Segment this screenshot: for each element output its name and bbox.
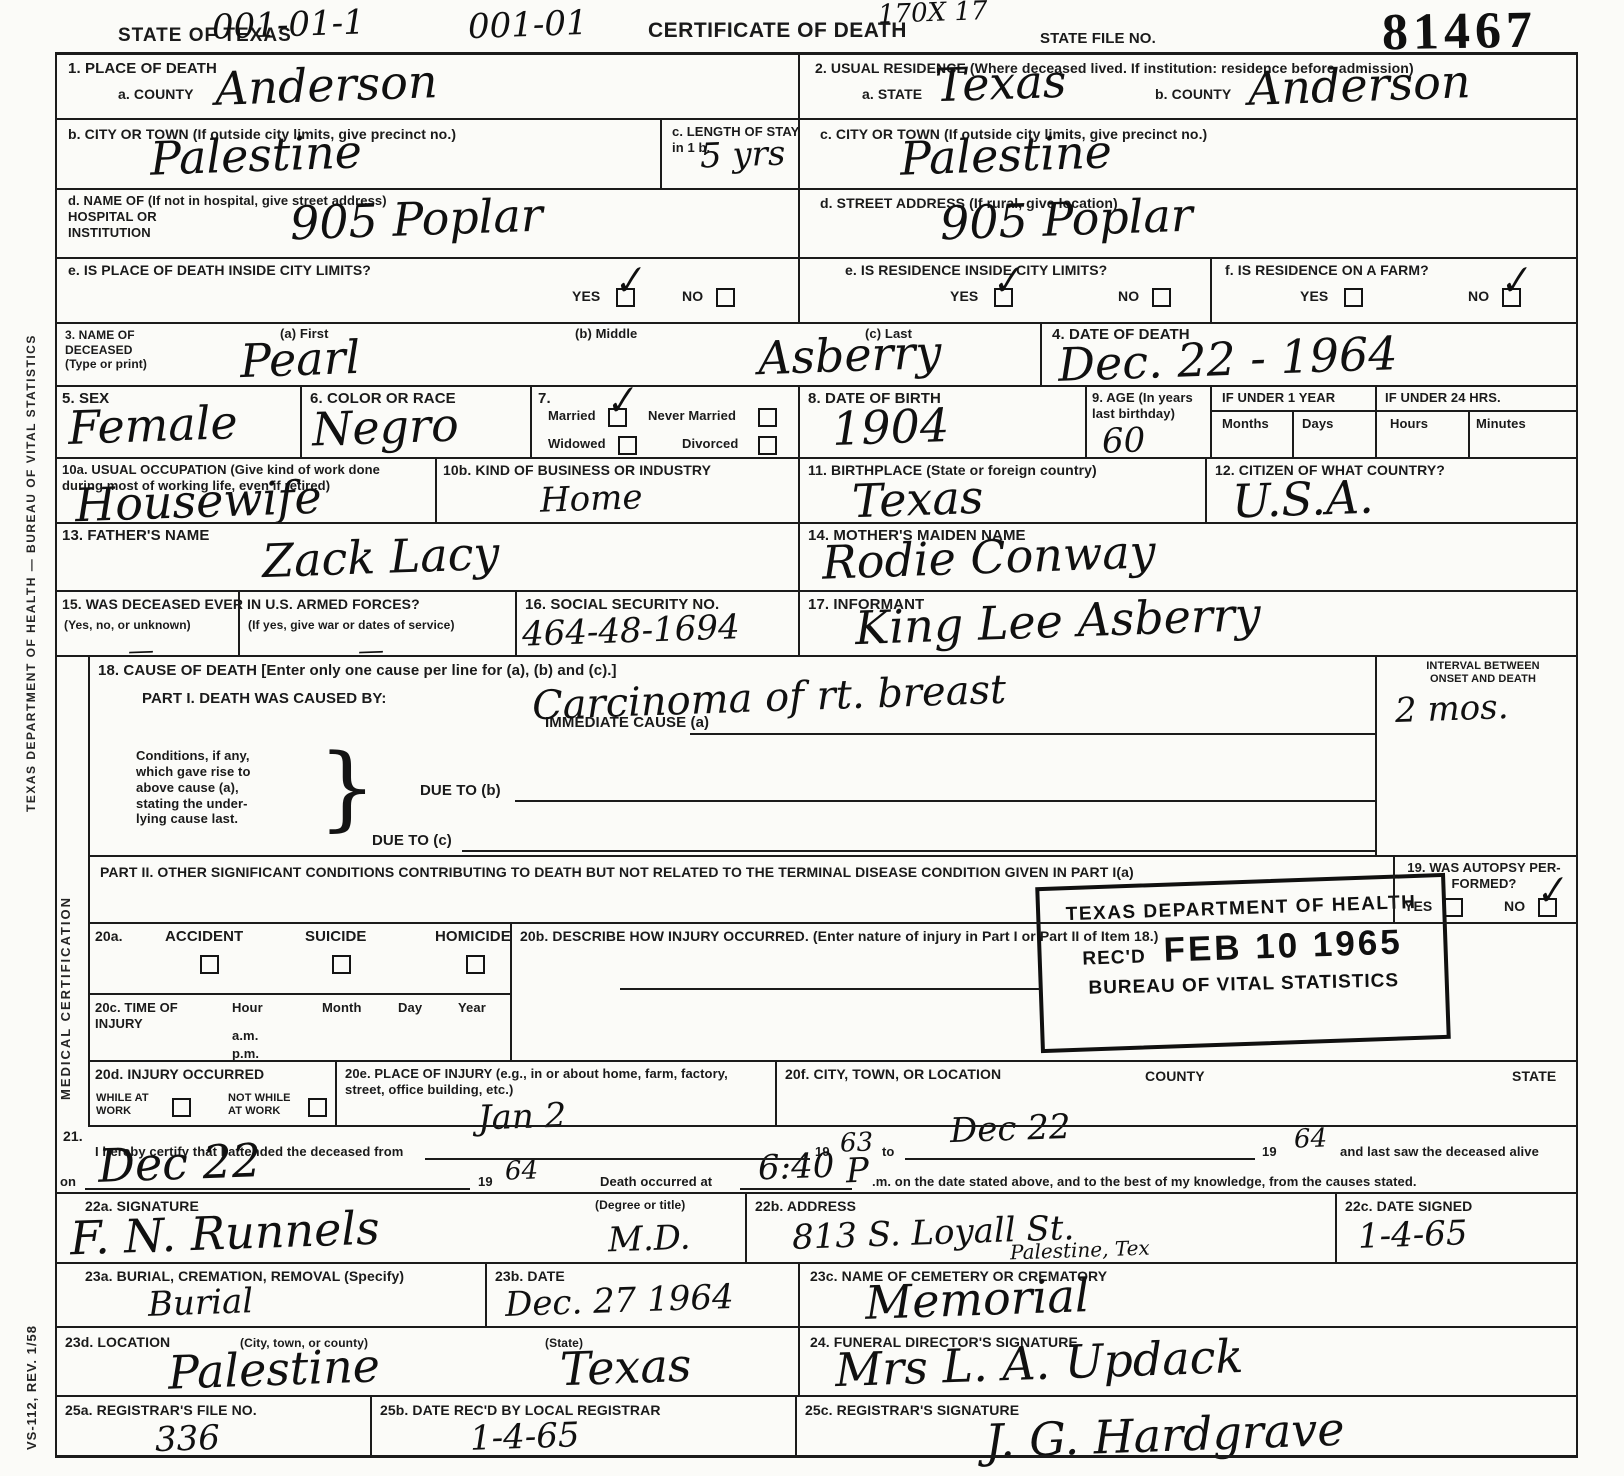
date-signed-label: 22c. DATE SIGNED [1345,1198,1472,1215]
date-of-birth-value: 1904 [831,402,950,452]
funeral-director-signature-value: Mrs L. A. Updack [834,1333,1244,1393]
industry-label: 10b. KIND OF BUSINESS OR INDUSTRY [443,462,711,479]
year-19-prefix-3: 19 [478,1174,493,1190]
death-city-limits-label: e. IS PLACE OF DEATH INSIDE CITY LIMITS? [68,262,371,279]
age-label: 9. AGE (In years last birthday) [1092,390,1193,422]
if-under-24-hrs-label: IF UNDER 24 HRS. [1385,390,1501,406]
grid-line [55,385,1578,387]
residence-city-value: Palestine [899,128,1112,181]
grid-line [745,1192,747,1262]
degree-value: M.D. [607,1221,691,1258]
to-label: to [882,1144,894,1160]
grid-line [435,457,437,522]
occupation-value: Housewife [74,474,322,529]
grid-line [55,590,1578,592]
grid-line [55,1455,1578,1458]
cemetery-value: Memorial [864,1272,1090,1326]
grid-line [55,522,1578,524]
grid-line [798,590,800,655]
due-to-c-label: DUE TO (c) [372,832,452,850]
grid-line [425,1158,810,1160]
grid-line [1468,410,1470,457]
grid-line [462,850,1375,852]
grid-line [1292,410,1294,457]
divorced-label: Divorced [682,436,738,452]
accident-checkbox [200,955,219,974]
hour-label: Hour [232,1000,263,1016]
residence-farm-label: f. IS RESIDENCE ON A FARM? [1225,262,1429,279]
date-of-death-value: Dec. 22 - 1964 [1057,330,1398,388]
part2-label: PART II. OTHER SIGNIFICANT CONDITIONS CO… [100,864,1134,881]
grid-line [88,1125,1578,1127]
grid-line [370,1395,372,1455]
grid-line [55,1192,1578,1194]
grid-line [1040,322,1042,385]
death-ampm-value: P [845,1154,869,1189]
grid-line [775,1060,777,1125]
cause-of-death-label: 18. CAUSE OF DEATH [Enter only one cause… [98,662,617,680]
grid-line [1375,385,1377,457]
grid-line [1210,257,1212,322]
attended-to-year-value: 64 [1294,1125,1328,1152]
degree-or-title-label: (Degree or title) [595,1198,685,1213]
street-address-value: 905 Poplar [939,192,1193,247]
grid-line [88,655,90,1125]
date-recd-value: 1-4-65 [469,1418,580,1456]
burial-state-value: Texas [559,1342,692,1393]
widowed-checkbox [618,436,637,455]
handwritten-file-note: 170X 17 [878,0,988,28]
part1-label: PART I. DEATH WAS CAUSED BY: [142,690,386,708]
residence-city-limits-yes-label: YES [950,288,978,305]
armed-forces-sub-a-label: (Yes, no, or unknown) [64,618,191,633]
length-of-stay-value: 5 yrs [699,137,785,174]
married-label: Married [548,408,596,424]
grid-line [1205,457,1207,522]
never-married-label: Never Married [648,408,736,424]
informant-value: King Lee Asberry [854,591,1261,651]
month-label: Month [322,1000,361,1016]
race-value: Negro [311,401,459,452]
item-20d-label: 20d. INJURY OCCURRED [95,1066,264,1083]
first-name-value: Pearl [239,334,361,384]
grid-line [1393,855,1395,922]
year-label: Year [458,1000,486,1016]
county-label: a. COUNTY [118,86,194,103]
grid-line [55,52,57,1458]
autopsy-yes-checkbox [1444,898,1463,917]
item-20f-label: 20f. CITY, TOWN, OR LOCATION [785,1066,1001,1083]
grid-line [88,922,1578,924]
attended-from-value: Jan 2 [477,1098,566,1135]
grid-line [1085,385,1087,457]
if-under-1-year-label: IF UNDER 1 YEAR [1222,390,1335,406]
state-file-no-label: STATE FILE NO. [1040,30,1156,48]
age-value: 60 [1101,423,1145,458]
divorced-checkbox [758,436,777,455]
address-label: 22b. ADDRESS [755,1198,856,1215]
item-20e-label: 20e. PLACE OF INJURY (e.g., in or about … [345,1066,728,1098]
fathers-name-label: 13. FATHER'S NAME [62,527,210,545]
grid-line [660,118,662,188]
stamp-line3: BUREAU OF VITAL STATISTICS [1043,969,1445,1001]
armed-forces-label: 15. WAS DECEASED EVER IN U.S. ARMED FORC… [62,596,420,613]
armed-forces-a-value: — [128,638,155,665]
physician-signature-value: F. N. Runnels [69,1205,380,1262]
grid-line [55,457,1578,459]
city-value: Palestine [149,128,362,181]
grid-line [55,1395,1578,1397]
county-value: Anderson [214,58,438,112]
on-label: on [60,1174,76,1190]
state-sub-label: STATE [1512,1068,1556,1085]
item-20c-label: 20c. TIME OF INJURY [95,1000,178,1032]
residence-city-limits-no-checkbox [1152,288,1171,307]
never-married-checkbox [758,408,777,427]
death-time-value: 6:40 [757,1149,834,1186]
while-at-work-checkbox [172,1098,191,1117]
certify-text-2: and last saw the deceased alive [1340,1144,1539,1160]
minutes-label: Minutes [1476,416,1526,432]
place-of-death-label: 1. PLACE OF DEATH [68,60,217,78]
farm-no-label: NO [1468,288,1489,305]
county-sub-label: COUNTY [1145,1068,1205,1085]
fathers-name-value: Zack Lacy [261,530,500,584]
armed-forces-b-value: — [358,638,385,665]
burial-city-value: Palestine [167,1342,380,1395]
burial-date-value: Dec. 27 1964 [504,1280,734,1322]
grid-line [798,1326,800,1395]
certificate-title: CERTIFICATE OF DEATH [648,18,907,44]
grid-line [1210,385,1212,457]
stamp-date: FEB 10 1965 [1163,922,1404,970]
year-19-prefix-2: 19 [1262,1144,1277,1160]
stamp-recd-label: REC'D [1082,946,1146,970]
interval-label: INTERVAL BETWEEN ONSET AND DEATH [1398,660,1568,687]
last-alive-year-value: 64 [505,1157,539,1184]
death-occurred-at-label: Death occurred at [600,1174,712,1190]
ssn-value: 464-48-1694 [521,610,740,652]
autopsy-no-label: NO [1504,898,1525,915]
grid-line [55,257,1578,259]
left-margin-department-text: TEXAS DEPARTMENT OF HEALTH — BUREAU OF V… [24,252,38,812]
grid-line [335,1060,337,1125]
grid-line [798,385,800,457]
death-city-limits-no-checkbox [716,288,735,307]
burial-type-value: Burial [147,1284,253,1322]
registrars-file-no-value: 336 [154,1421,220,1457]
grid-line [510,922,512,1060]
farm-yes-label: YES [1300,288,1328,305]
day-label: Day [398,1000,422,1016]
grid-line [485,1262,487,1326]
farm-yes-checkbox [1344,288,1363,307]
grid-line [88,993,510,995]
hours-label: Hours [1390,416,1428,432]
last-alive-date-value: Dec 22 [97,1137,262,1189]
grid-line [55,188,1578,190]
not-while-at-work-label: NOT WHILE AT WORK [228,1092,291,1119]
grid-line [515,800,1375,802]
grid-line [620,988,1040,990]
suicide-checkbox [332,955,351,974]
residence-city-limits-no-label: NO [1118,288,1139,305]
grid-line [1335,1192,1337,1262]
death-certificate-document: TEXAS DEPARTMENT OF HEALTH — BUREAU OF V… [0,0,1624,1476]
while-at-work-label: WHILE AT WORK [96,1092,149,1119]
birthplace-value: Texas [851,474,984,525]
mothers-maiden-name-value: Rodie Conway [821,528,1156,586]
grid-line [905,1158,1255,1160]
grid-line [88,855,1578,857]
handwritten-code-1: 001-01-1 [211,5,365,44]
received-stamp: TEXAS DEPARTMENT OF HEALTH REC'D FEB 10 … [1035,873,1451,1053]
grid-line [55,322,1578,324]
widowed-label: Widowed [548,436,606,452]
residence-city-limits-label: e. IS RESIDENCE INSIDE CITY LIMITS? [845,262,1107,279]
interval-value: 2 mos. [1394,690,1509,728]
suicide-label: SUICIDE [305,928,367,946]
residence-county-value: Anderson [1247,58,1471,112]
middle-name-label: (b) Middle [575,326,637,342]
grid-line [798,457,800,522]
grid-line [1576,52,1578,1458]
armed-forces-sub-b-label: (If yes, give war or dates of service) [248,618,455,633]
hospital-value: 905 Poplar [289,192,543,247]
grid-line [55,118,1578,120]
last-name-value: Asberry [757,329,942,381]
accident-label: ACCIDENT [165,928,243,946]
attended-to-value: Dec 22 [949,1110,1071,1148]
grid-line [798,1262,800,1326]
days-label: Days [1302,416,1333,432]
grid-line [55,1326,1578,1328]
date-signed-value: 1-4-65 [1357,1216,1468,1254]
citizen-value: U.S.A. [1231,474,1374,525]
death-city-limits-no-label: NO [682,288,703,305]
homicide-checkbox [466,955,485,974]
grid-line [798,52,800,322]
checkmark: ✓ [608,259,647,303]
handwritten-code-2: 001-01 [467,6,588,44]
due-to-b-label: DUE TO (b) [420,782,501,800]
item-21-label: 21. [63,1128,83,1145]
grid-line [740,1188,852,1190]
conditions-note-label: Conditions, if any, which gave rise to a… [136,748,251,827]
certify-text-3: .m. on the date stated above, and to the… [872,1174,1417,1190]
death-city-limits-yes-label: YES [572,288,600,305]
name-of-deceased-label: 3. NAME OF DECEASED (Type or print) [65,328,147,372]
grid-line [515,590,517,655]
grid-line [55,1262,1578,1264]
grid-line [1210,410,1578,412]
grid-line [798,522,800,590]
brace-glyph: } [318,742,377,834]
residence-state-label: a. STATE [862,86,922,103]
industry-value: Home [539,480,643,518]
grid-line [530,385,532,457]
residence-state-value: Texas [934,58,1067,109]
am-label: a.m. [232,1028,258,1044]
grid-line [795,1395,797,1455]
grid-line [690,733,1375,735]
months-label: Months [1222,416,1269,432]
registrars-file-no-label: 25a. REGISTRAR'S FILE NO. [65,1402,257,1419]
marital-status-label: 7. [538,390,551,408]
grid-line [238,590,240,655]
grid-line [55,52,1578,55]
sex-value: Female [67,399,238,451]
not-while-at-work-checkbox [308,1098,327,1117]
grid-line [55,655,1578,657]
grid-line [85,1188,470,1190]
burial-location-label: 23d. LOCATION [65,1334,170,1351]
grid-line [300,385,302,457]
item-20a-label: 20a. [95,928,123,945]
grid-line [1375,655,1377,855]
grid-line [88,1060,1578,1062]
address-city-value: Palestine, Tex [1010,1238,1150,1263]
residence-county-label: b. COUNTY [1155,86,1231,103]
medical-certification-vertical-label: MEDICAL CERTIFICATION [58,690,73,1100]
form-number-vertical-label: VS-112, REV. 1/58 [24,1180,39,1450]
checkmark: ✓ [1494,259,1533,303]
homicide-label: HOMICIDE [435,928,511,946]
